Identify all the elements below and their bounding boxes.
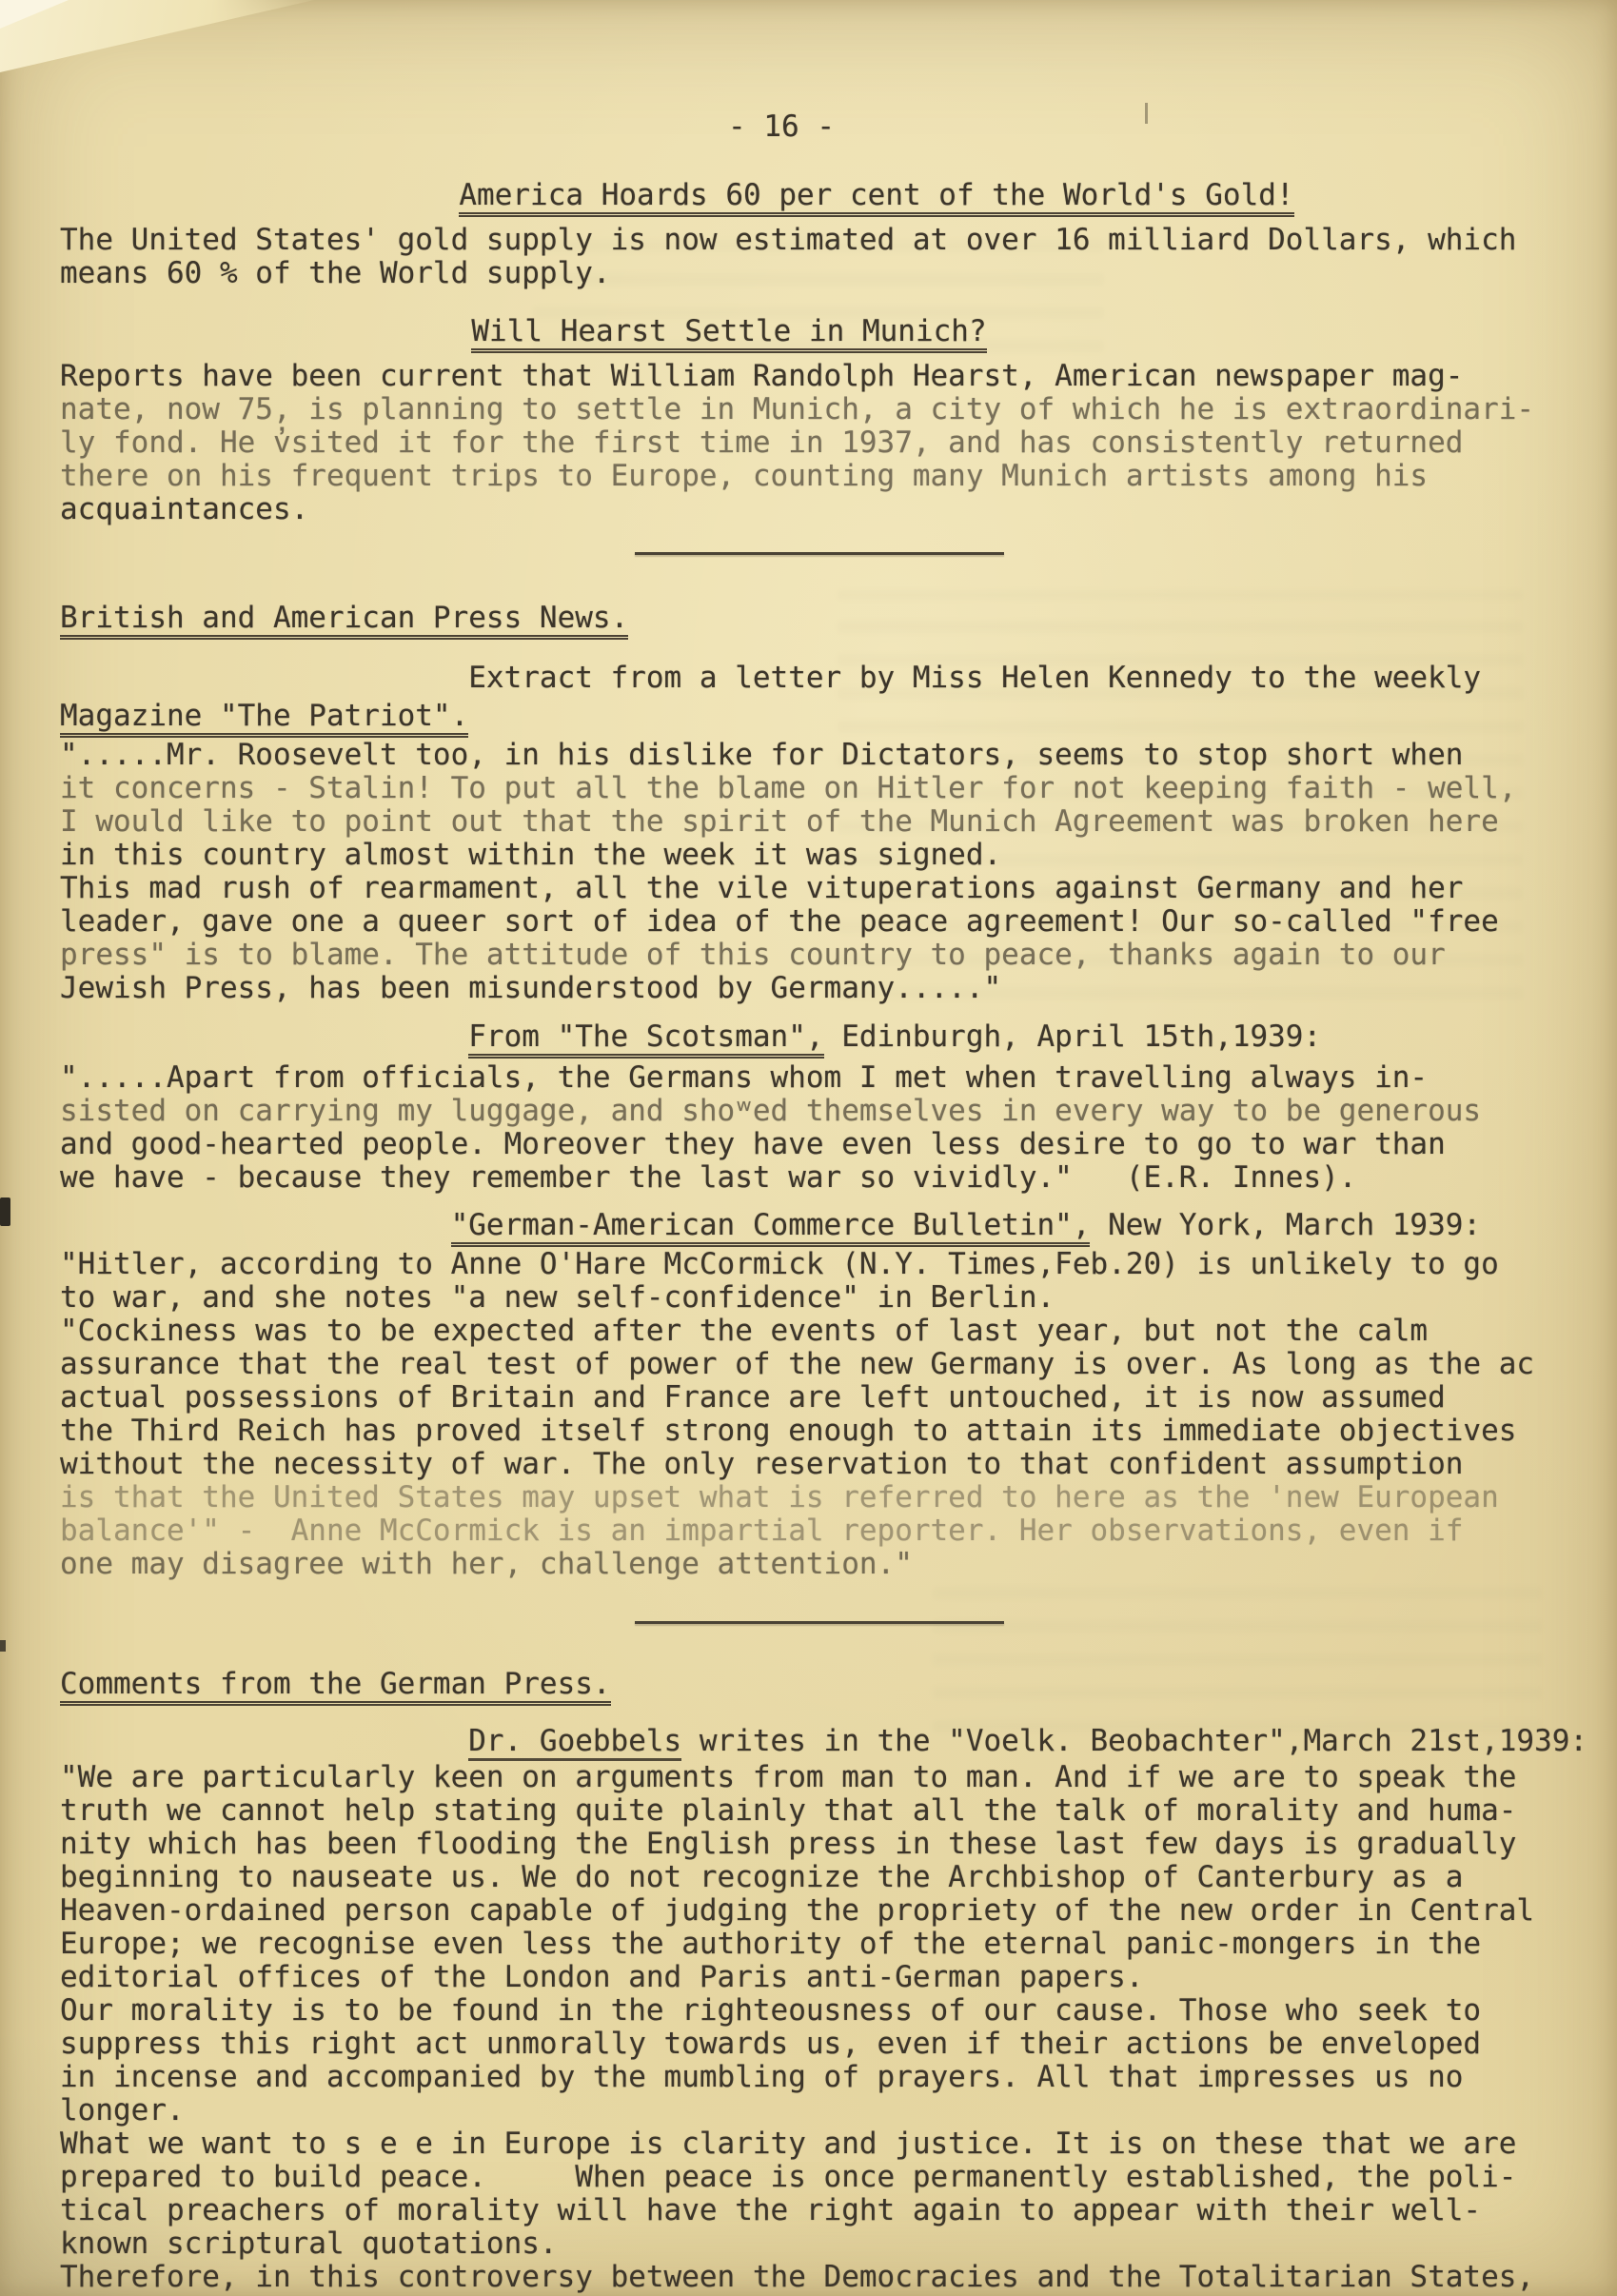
- text-line: Europe; we recognise even less the autho…: [60, 1928, 1617, 1961]
- text-line: Our morality is to be found in the right…: [60, 1994, 1617, 2028]
- text-line: sisted on carrying my luggage, and shoʷe…: [60, 1095, 1617, 1128]
- heading-scotsman: From "The Scotsman", Edinburgh, April 15…: [60, 1020, 1617, 1059]
- heading-america-gold: America Hoards 60 per cent of the World'…: [60, 179, 1617, 217]
- text-line: The United States' gold supply is now es…: [60, 224, 1617, 257]
- text-line: in this country almost within the week i…: [60, 839, 1617, 872]
- heading-rest-text: Edinburgh, April 15th,1939:: [824, 1019, 1322, 1054]
- heading-british-press: British and American Press News.: [60, 602, 1617, 640]
- text-line: longer.: [60, 2094, 1617, 2128]
- heading-text: Magazine "The Patriot".: [60, 700, 468, 738]
- text-line: "Cockiness was to be expected after the …: [60, 1315, 1617, 1348]
- scan-page: - 16 -America Hoards 60 per cent of the …: [0, 0, 1617, 2296]
- text-line: ".....Mr. Roosevelt too, in his dislike …: [60, 739, 1617, 772]
- text-line: known scriptural quotations.: [60, 2227, 1617, 2261]
- text-line: "We are particularly keen on arguments f…: [60, 1761, 1617, 1794]
- heading-goebbels: Dr. Goebbels writes in the "Voelk. Beoba…: [60, 1725, 1617, 1761]
- heading-magazine-patriot: Magazine "The Patriot".: [60, 700, 1617, 738]
- doc: - 16 -America Hoards 60 per cent of the …: [60, 0, 1617, 2294]
- text-line: Heaven-ordained person capable of judgin…: [60, 1894, 1617, 1928]
- text-line: I would like to point out that the spiri…: [60, 805, 1617, 839]
- edge-ink-speck: [0, 1640, 6, 1652]
- heading-underlined-text: Dr. Goebbels: [468, 1725, 681, 1761]
- text-line: is that the United States may upset what…: [60, 1481, 1617, 1514]
- text-line: ".....Apart from officials, the Germans …: [60, 1061, 1617, 1095]
- text-line: it concerns - Stalin! To put all the bla…: [60, 772, 1617, 805]
- text-line: What we want to s e e in Europe is clari…: [60, 2128, 1617, 2161]
- text-line: tical preachers of morality will have th…: [60, 2194, 1617, 2227]
- text-line: assurance that the real test of power of…: [60, 1348, 1617, 1381]
- text-line: editorial offices of the London and Pari…: [60, 1961, 1617, 1994]
- heading-commerce-bulletin: "German-American Commerce Bulletin", New…: [60, 1209, 1617, 1247]
- text-line: ly fond. He v̓sited it for the first tim…: [60, 426, 1617, 460]
- para-commerce-quote: "Hitler, according to Anne O'Hare McCorm…: [60, 1248, 1617, 1581]
- text-line: Jewish Press, has been misunderstood by …: [60, 972, 1617, 1005]
- heading-rest-text: New York, March 1939:: [1090, 1208, 1481, 1242]
- text-line: without the necessity of war. The only r…: [60, 1448, 1617, 1481]
- text-line: the Third Reich has proved itself strong…: [60, 1415, 1617, 1448]
- heading-text: America Hoards 60 per cent of the World'…: [459, 179, 1293, 217]
- text-line: actual possessions of Britain and France…: [60, 1381, 1617, 1415]
- text-line: leader, gave one a queer sort of idea of…: [60, 905, 1617, 939]
- text-line: to war, and she notes "a new self-confid…: [60, 1281, 1617, 1315]
- page-number: - 16 -: [60, 110, 1617, 144]
- text-line: Therefore, in this controversy between t…: [60, 2261, 1617, 2294]
- para-gold-supply: The United States' gold supply is now es…: [60, 224, 1617, 290]
- divider-2: [635, 1621, 1004, 1624]
- heading-underlined-text: "German-American Commerce Bulletin",: [451, 1209, 1091, 1247]
- edge-ink-speck: [0, 1197, 10, 1226]
- text-line: This mad rush of rearmament, all the vil…: [60, 872, 1617, 905]
- text-line: nate, now 75, is planning to settle in M…: [60, 393, 1617, 426]
- para-scotsman-quote: ".....Apart from officials, the Germans …: [60, 1061, 1617, 1195]
- heading-underlined-text: From "The Scotsman",: [468, 1020, 823, 1059]
- text-line: acquaintances.: [60, 493, 1617, 526]
- text-line: nity which has been flooding the English…: [60, 1828, 1617, 1861]
- text-line: Extract from a letter by Miss Helen Kenn…: [468, 661, 1481, 695]
- para-hearst: Reports have been current that William R…: [60, 360, 1617, 526]
- heading-german-press: Comments from the German Press.: [60, 1668, 1617, 1706]
- text-line: suppress this right act unmorally toward…: [60, 2028, 1617, 2061]
- para-goebbels-quote: "We are particularly keen on arguments f…: [60, 1761, 1617, 2294]
- heading-hearst-munich: Will Hearst Settle in Munich?: [60, 315, 1617, 353]
- text-line: in incense and accompanied by the mumbli…: [60, 2061, 1617, 2094]
- text-line: there on his frequent trips to Europe, c…: [60, 460, 1617, 493]
- divider-1: [635, 552, 1004, 555]
- text-line: beginning to nauseate us. We do not reco…: [60, 1861, 1617, 1894]
- text-line: truth we cannot help stating quite plain…: [60, 1794, 1617, 1828]
- text-line: one may disagree with her, challenge att…: [60, 1548, 1617, 1581]
- text-line: balance'" - Anne McCormick is an imparti…: [60, 1514, 1617, 1548]
- text-line: Reports have been current that William R…: [60, 360, 1617, 393]
- heading-text: British and American Press News.: [60, 602, 628, 640]
- line-extract-intro: Extract from a letter by Miss Helen Kenn…: [60, 662, 1617, 695]
- heading-text: Will Hearst Settle in Munich?: [471, 315, 986, 353]
- heading-rest-text: writes in the "Voelk. Beobachter",March …: [681, 1724, 1587, 1758]
- text-line: press" is to blame. The attitude of this…: [60, 939, 1617, 972]
- page-number-text: - 16 -: [728, 110, 835, 144]
- text-line: "Hitler, according to Anne O'Hare McCorm…: [60, 1248, 1617, 1281]
- text-line: prepared to build peace. When peace is o…: [60, 2161, 1617, 2194]
- heading-text: Comments from the German Press.: [60, 1668, 611, 1706]
- para-patriot-quote: ".....Mr. Roosevelt too, in his dislike …: [60, 739, 1617, 1005]
- text-line: and good-hearted people. Moreover they h…: [60, 1128, 1617, 1161]
- text-line: means 60 % of the World supply.: [60, 257, 1617, 290]
- text-line: we have - because they remember the last…: [60, 1161, 1617, 1195]
